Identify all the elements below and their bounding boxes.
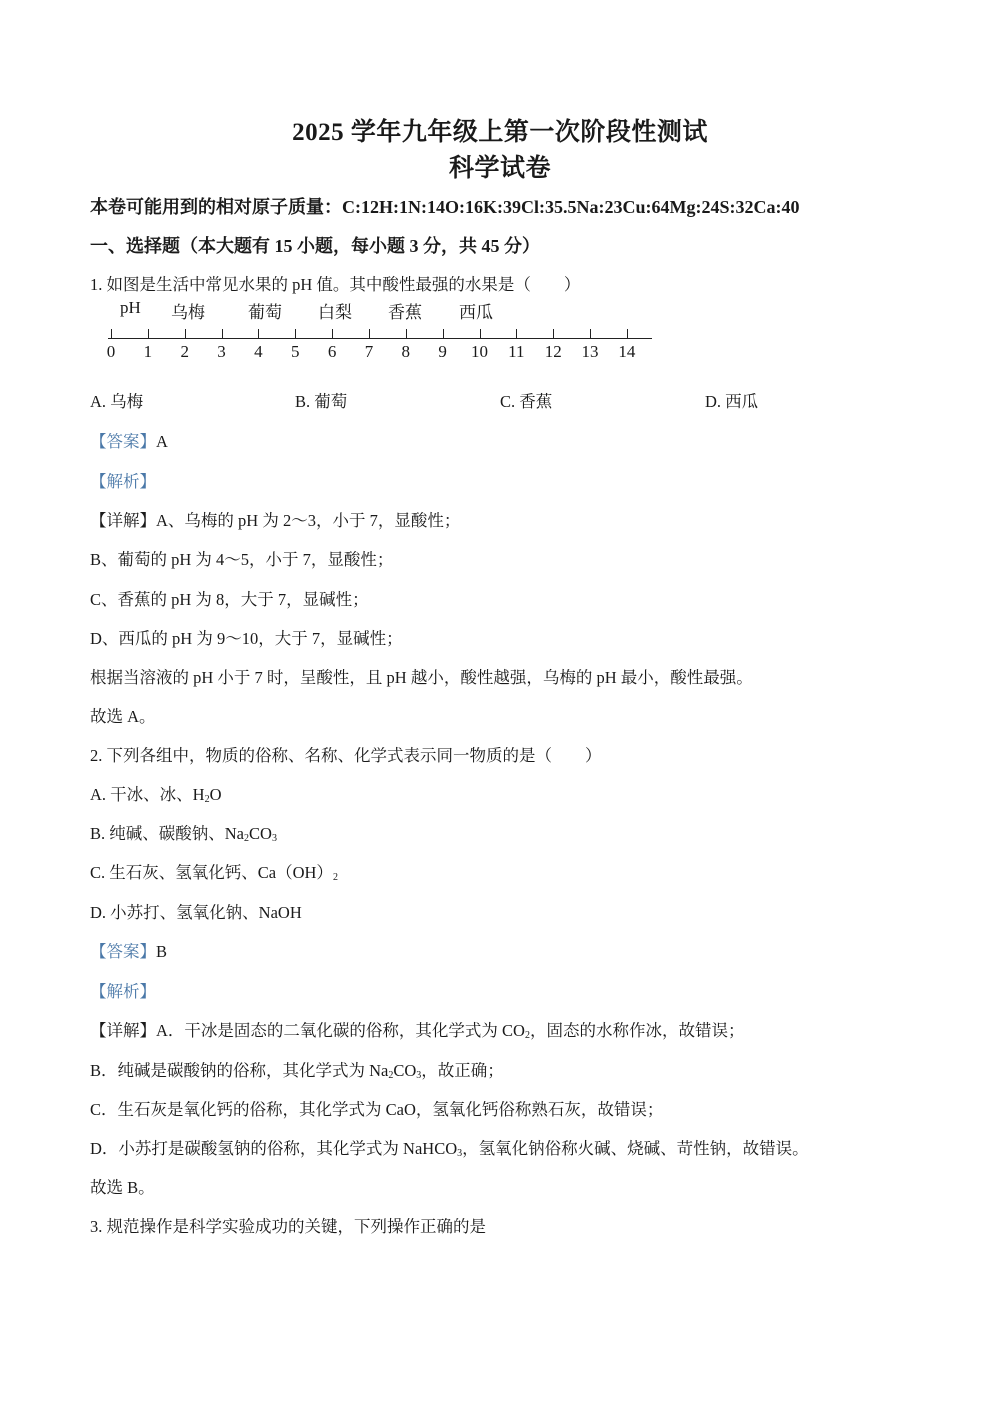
q1-detail-c: C、香蕉的 pH 为 8，大于 7，显碱性； bbox=[90, 586, 369, 610]
detail-tag: 【详解】 bbox=[90, 1021, 156, 1040]
fruit-label: 香蕉 bbox=[388, 298, 422, 323]
q1-option-c: C. 香蕉 bbox=[500, 388, 552, 412]
q2-option-b: B. 纯碱、碳酸钠、Na2CO3 bbox=[90, 820, 277, 844]
exam-subtitle: 科学试卷 bbox=[0, 148, 1000, 184]
ph-tick-mark bbox=[222, 329, 223, 338]
q1-answer-row: 【答案】A bbox=[90, 428, 168, 452]
ph-tick-label: 3 bbox=[217, 342, 226, 362]
q2-detail-a: 【详解】A．干冰是固态的二氧化碳的俗称，其化学式为 CO2，固态的水称作冰，故错… bbox=[90, 1017, 744, 1041]
formula-subscript: 2 bbox=[333, 872, 338, 883]
q1-detail-b: B、葡萄的 pH 为 4～5，小于 7，显酸性； bbox=[90, 546, 393, 570]
ph-tick-mark bbox=[443, 329, 444, 338]
ph-tick-mark bbox=[332, 329, 333, 338]
ph-tick-mark bbox=[627, 329, 628, 338]
q2-answer-row: 【答案】B bbox=[90, 938, 167, 962]
ph-tick-label: 0 bbox=[107, 342, 116, 362]
q2-detail-c: C．生石灰是氧化钙的俗称，其化学式为 CaO，氢氧化钙俗称熟石灰，故错误； bbox=[90, 1096, 663, 1120]
ph-tick-label: 5 bbox=[291, 342, 300, 362]
ph-tick-label: 9 bbox=[438, 342, 447, 362]
q1-detail-a: 【详解】A、乌梅的 pH 为 2～3，小于 7，显酸性； bbox=[90, 507, 460, 531]
formula-part: Na bbox=[225, 824, 244, 843]
detail-tag: 【详解】 bbox=[90, 511, 156, 530]
ph-tick-mark bbox=[111, 329, 112, 338]
ph-axis-line bbox=[108, 338, 652, 339]
q1-analysis-tag: 【解析】 bbox=[90, 468, 156, 492]
ph-tick-label: 11 bbox=[508, 342, 524, 362]
q1-reasoning: 根据当溶液的 pH 小于 7 时，呈酸性，且 pH 越小，酸性越强，乌梅的 pH… bbox=[90, 664, 753, 688]
option-text: B. 纯碱、碳酸钠、 bbox=[90, 824, 225, 843]
option-text: D. 小苏打、氢氧化钠、 bbox=[90, 903, 259, 922]
q2-option-d: D. 小苏打、氢氧化钠、NaOH bbox=[90, 899, 302, 923]
ph-tick-label: 8 bbox=[402, 342, 411, 362]
formula-part: CO bbox=[249, 824, 272, 843]
option-text: A. 干冰、冰、 bbox=[90, 785, 193, 804]
formula-part: Ca（OH） bbox=[258, 863, 333, 882]
ph-tick-label: 13 bbox=[582, 342, 599, 362]
ph-tick-label: 14 bbox=[618, 342, 635, 362]
ph-tick-mark bbox=[185, 329, 186, 338]
fruit-label: 白梨 bbox=[318, 298, 352, 323]
answer-tag: 【答案】 bbox=[90, 432, 156, 451]
fruit-label: 乌梅 bbox=[171, 298, 205, 323]
detail-text: ，故正确； bbox=[421, 1061, 504, 1080]
q3-stem: 3. 规范操作是科学实验成功的关键，下列操作正确的是 bbox=[90, 1213, 486, 1237]
q2-detail-b: B．纯碱是碳酸钠的俗称，其化学式为 Na2CO3，故正确； bbox=[90, 1057, 504, 1081]
detail-text: B．纯碱是碳酸钠的俗称，其化学式为 Na bbox=[90, 1061, 388, 1080]
q2-analysis-tag: 【解析】 bbox=[90, 978, 156, 1002]
q1-option-d: D. 西瓜 bbox=[705, 388, 758, 412]
ph-axis-label: pH bbox=[120, 298, 141, 318]
atomic-masses-note: 本卷可能用到的相对原子质量：C:12H:1N:14O:16K:39Cl:35.5… bbox=[90, 193, 799, 219]
detail-text: ，固态的水称作冰，故错误； bbox=[530, 1021, 745, 1040]
formula-part: H bbox=[193, 785, 205, 804]
formula-subscript: 3 bbox=[272, 833, 277, 844]
q2-stem: 2. 下列各组中，物质的俗称、名称、化学式表示同一物质的是（ ） bbox=[90, 742, 602, 766]
ph-tick-mark bbox=[406, 329, 407, 338]
ph-tick-label: 12 bbox=[545, 342, 562, 362]
fruit-label: 葡萄 bbox=[248, 298, 282, 323]
q1-answer: A bbox=[156, 432, 168, 451]
section-heading: 一、选择题（本大题有 15 小题，每小题 3 分，共 45 分） bbox=[90, 232, 540, 258]
q1-detail-d: D、西瓜的 pH 为 9～10，大于 7，显碱性； bbox=[90, 625, 403, 649]
option-text: C. 生石灰、氢氧化钙、 bbox=[90, 863, 258, 882]
q2-option-a: A. 干冰、冰、H2O bbox=[90, 781, 222, 805]
answer-tag: 【答案】 bbox=[90, 942, 156, 961]
ph-tick-label: 7 bbox=[365, 342, 374, 362]
fruit-label: 西瓜 bbox=[459, 298, 493, 323]
detail-text: ，氢氧化钠俗称火碱、烧碱、苛性钠，故错误。 bbox=[462, 1139, 809, 1158]
q1-option-a: A. 乌梅 bbox=[90, 388, 143, 412]
detail-text: A．干冰是固态的二氧化碳的俗称，其化学式为 CO bbox=[156, 1021, 525, 1040]
detail-text: D．小苏打是碳酸氢钠的俗称，其化学式为 NaHCO bbox=[90, 1139, 457, 1158]
exam-title: 2025 学年九年级上第一次阶段性测试 bbox=[0, 112, 1000, 148]
ph-tick-mark bbox=[590, 329, 591, 338]
ph-tick-label: 4 bbox=[254, 342, 263, 362]
ph-tick-mark bbox=[148, 329, 149, 338]
ph-tick-mark bbox=[480, 329, 481, 338]
q2-option-c: C. 生石灰、氢氧化钙、Ca（OH）2 bbox=[90, 859, 338, 883]
ph-tick-mark bbox=[553, 329, 554, 338]
ph-tick-mark bbox=[369, 329, 370, 338]
ph-tick-label: 6 bbox=[328, 342, 337, 362]
ph-tick-mark bbox=[295, 329, 296, 338]
detail-text: A、乌梅的 pH 为 2～3，小于 7，显酸性； bbox=[156, 511, 460, 530]
ph-tick-label: 1 bbox=[144, 342, 153, 362]
ph-tick-label: 2 bbox=[180, 342, 189, 362]
q2-conclusion: 故选 B。 bbox=[90, 1174, 155, 1198]
ph-tick-mark bbox=[516, 329, 517, 338]
formula-part: O bbox=[210, 785, 222, 804]
ph-tick-label: 10 bbox=[471, 342, 488, 362]
ph-tick-mark bbox=[258, 329, 259, 338]
q1-option-b: B. 葡萄 bbox=[295, 388, 347, 412]
q2-detail-d: D．小苏打是碳酸氢钠的俗称，其化学式为 NaHCO3，氢氧化钠俗称火碱、烧碱、苛… bbox=[90, 1135, 809, 1159]
q1-conclusion: 故选 A。 bbox=[90, 703, 156, 727]
formula-part: NaOH bbox=[259, 903, 302, 922]
q2-answer: B bbox=[156, 942, 167, 961]
detail-text: CO bbox=[393, 1061, 416, 1080]
q1-stem: 1. 如图是生活中常见水果的 pH 值。其中酸性最强的水果是（ ） bbox=[90, 271, 580, 295]
